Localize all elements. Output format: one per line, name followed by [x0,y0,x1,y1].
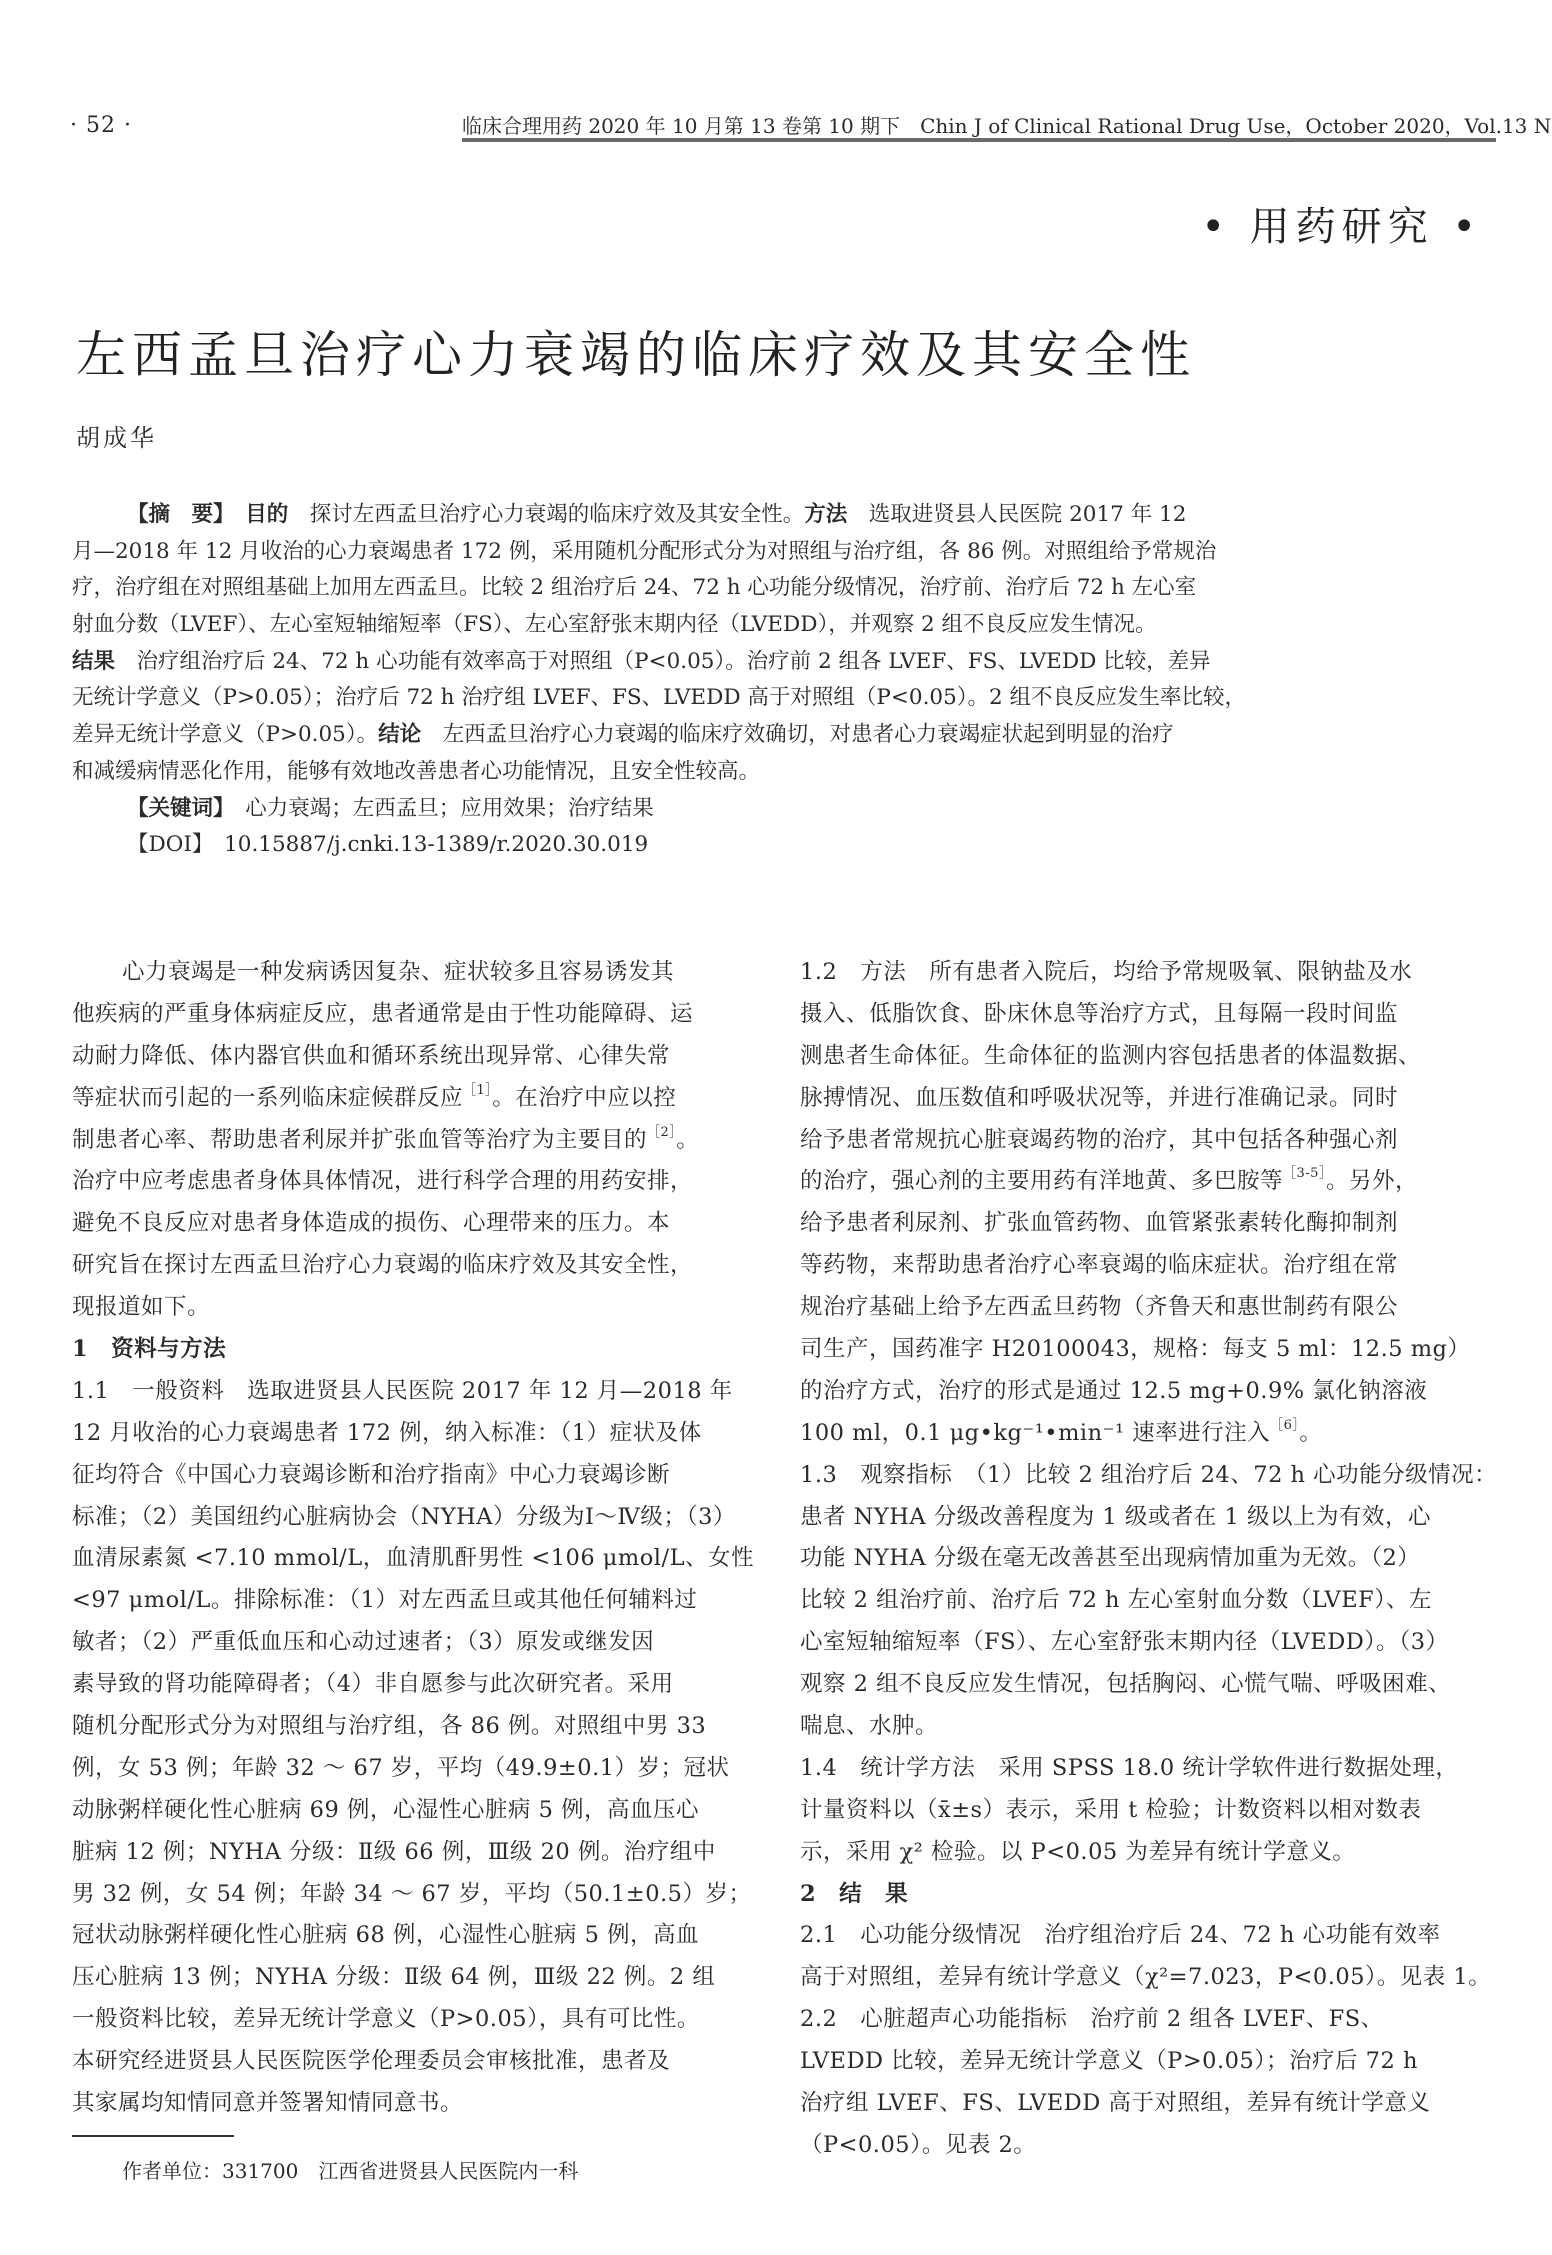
author-affiliation-footnote: 作者单位：331700 江西省进贤县人民医院内一科 [122,2155,578,2184]
body-text: 素导致的肾功能障碍者；（4）非自愿参与此次研究者。采用 [72,1671,674,1697]
body-line: 动耐力降低、体内器官供血和循环系统出现异常、心律失常 [72,1036,782,1078]
abstract-line: 无统计学意义（P>0.05）；治疗后 72 h 治疗组 LVEF、FS、LVED… [72,680,1482,717]
body-text: 观察 2 组不良反应发生情况，包括胸闷、心慌气喘、呼吸困难、 [800,1671,1451,1697]
body-text: 给予患者利尿剂、扩张血管药物、血管紧张素转化酶抑制剂 [800,1210,1398,1236]
body-line: 治疗中应考虑患者身体具体情况，进行科学合理的用药安排， [72,1161,782,1203]
body-text: 患者 NYHA 分级改善程度为 1 级或者在 1 级以上为有效，心 [800,1504,1431,1530]
abstract-text: 射血分数（LVEF）、左心室短轴缩短率（FS）、左心室舒张末期内径（LVEDD）… [72,612,1157,637]
body-line: 一般资料比较，差异无统计学意义（P>0.05），具有可比性。 [72,1999,782,2041]
body-column-left: 心力衰竭是一种发病诱因复杂、症状较多且容易诱发其他疾病的严重身体病症反应，患者通… [72,952,782,2125]
body-line: 1.4 统计学方法 采用 SPSS 18.0 统计学软件进行数据处理， [800,1748,1510,1790]
body-text: 给予患者常规抗心脏衰竭药物的治疗，其中包括各种强心剂 [800,1127,1398,1153]
body-text: 的治疗，强心剂的主要用药有洋地黄、多巴胺等 [800,1168,1283,1194]
header-rule [462,138,1496,142]
body-text: 脉搏情况、血压数值和呼吸状况等，并进行准确记录。同时 [800,1085,1398,1111]
column-tag: • 用药研究 • [1201,195,1482,252]
abstract-text: 选取进贤县人民医院 2017 年 12 [847,502,1186,527]
body-line: 现报道如下。 [72,1287,782,1329]
abstract-text: 和减缓病情恶化作用，能够有效地改善患者心功能情况，且安全性较高。 [72,759,760,784]
page-number: · 52 · [70,113,132,138]
body-text: 动脉粥样硬化性心脏病 69 例，心湿性心脏病 5 例，高血压心 [72,1797,699,1823]
keywords: 【关键词】 心力衰竭；左西孟旦；应用效果；治疗结果 [72,791,1482,828]
body-line: 脉搏情况、血压数值和呼吸状况等，并进行准确记录。同时 [800,1078,1510,1120]
body-line: 的治疗，强心剂的主要用药有洋地黄、多巴胺等［3-5］。另外， [800,1161,1510,1203]
body-line: 患者 NYHA 分级改善程度为 1 级或者在 1 级以上为有效，心 [800,1497,1510,1539]
body-text: <97 μmol/L。排除标准：（1）对左西孟旦或其他任何辅料过 [72,1587,697,1613]
citation-ref: ［3-5］ [1283,1166,1326,1181]
abstract-line: 【摘 要】 目的 探讨左西孟旦治疗心力衰竭的临床疗效及其安全性。方法 选取进贤县… [72,497,1482,534]
abstract-text: 无统计学意义（P>0.05）；治疗后 72 h 治疗组 LVEF、FS、LVED… [72,685,1246,710]
body-line: 给予患者常规抗心脏衰竭药物的治疗，其中包括各种强心剂 [800,1120,1510,1162]
body-line: 比较 2 组治疗前、治疗后 72 h 左心室射血分数（LVEF）、左 [800,1580,1510,1622]
body-line: 标准；（2）美国纽约心脏病协会（NYHA）分级为Ⅰ～Ⅳ级；（3） [72,1497,782,1539]
body-line: 司生产，国药准字 H20100043，规格：每支 5 ml：12.5 mg） [800,1329,1510,1371]
body-text: 治疗组 LVEF、FS、LVEDD 高于对照组，差异有统计学意义 [800,2090,1430,2116]
body-text: 避免不良反应对患者身体造成的损伤、心理带来的压力。本 [72,1210,670,1236]
body-text: 摄入、低脂饮食、卧床休息等治疗方式，且每隔一段时间监 [800,1001,1398,1027]
body-text: 敏者；（2）严重低血压和心动过速者；（3）原发或继发因 [72,1629,654,1655]
abstract: 【摘 要】 目的 探讨左西孟旦治疗心力衰竭的临床疗效及其安全性。方法 选取进贤县… [72,497,1482,864]
body-text: （P<0.05）。见表 2。 [800,2132,1036,2158]
body-line: （P<0.05）。见表 2。 [800,2125,1510,2167]
body-line: 2.2 心脏超声心功能指标 治疗前 2 组各 LVEF、FS、 [800,1999,1510,2041]
body-text: 。另外， [1326,1168,1418,1194]
abstract-text: 治疗组治疗后 24、72 h 心功能有效率高于对照组（P<0.05）。治疗前 2… [115,649,1211,674]
body-text: 其家属均知情同意并签署知情同意书。 [72,2090,463,2116]
abstract-line: 月—2018 年 12 月收治的心力衰竭患者 172 例，采用随机分配形式分为对… [72,534,1482,571]
body-line: 其家属均知情同意并签署知情同意书。 [72,2083,782,2125]
keywords-label: 【关键词】 [127,796,224,821]
abstract-line: 射血分数（LVEF）、左心室短轴缩短率（FS）、左心室舒张末期内径（LVEDD）… [72,607,1482,644]
body-line: 素导致的肾功能障碍者；（4）非自愿参与此次研究者。采用 [72,1664,782,1706]
body-text: 1.3 观察指标 （1）比较 2 组治疗后 24、72 h 心功能分级情况： [800,1462,1497,1488]
results-label: 结果 [72,649,115,674]
body-line: 脏病 12 例；NYHA 分级：Ⅱ级 66 例，Ⅲ级 20 例。治疗组中 [72,1832,782,1874]
body-text: 比较 2 组治疗前、治疗后 72 h 左心室射血分数（LVEF）、左 [800,1587,1432,1613]
body-line: 功能 NYHA 分级在毫无改善甚至出现病情加重为无效。（2） [800,1538,1510,1580]
body-text: 等症状而引起的一系列临床症候群反应 [72,1085,463,1111]
body-text: 测患者生命体征。生命体征的监测内容包括患者的体温数据、 [800,1043,1421,1069]
conclusion-label: 结论 [378,722,421,747]
citation-ref: ［1］ [463,1083,492,1098]
body-text: 冠状动脉粥样硬化性心脏病 68 例，心湿性心脏病 5 例，高血 [72,1922,699,1948]
body-text: 2.1 心功能分级情况 治疗组治疗后 24、72 h 心功能有效率 [800,1922,1441,1948]
body-text: 一般资料比较，差异无统计学意义（P>0.05），具有可比性。 [72,2006,700,2032]
body-text: 治疗中应考虑患者身体具体情况，进行科学合理的用药安排， [72,1168,693,1194]
body-text: 心室短轴缩短率（FS）、左心室舒张末期内径（LVEDD）。（3） [800,1629,1449,1655]
body-text: 1.1 一般资料 选取进贤县人民医院 2017 年 12 月—2018 年 [72,1378,733,1404]
body-text: 高于对照组，差异有统计学意义（χ²=7.023，P<0.05）。见表 1。 [800,1964,1491,1990]
author: 胡成华 [76,418,157,453]
body-text: 1 资料与方法 [72,1336,226,1362]
body-text: 征均符合《中国心力衰竭诊断和治疗指南》中心力衰竭诊断 [72,1462,670,1488]
body-text: 压心脏病 13 例；NYHA 分级：Ⅱ级 64 例，Ⅲ级 22 例。2 组 [72,1964,715,1990]
body-text: 司生产，国药准字 H20100043，规格：每支 5 ml：12.5 mg） [800,1336,1470,1362]
article-title: 左西孟旦治疗心力衰竭的临床疗效及其安全性 [76,315,1196,387]
methods-label: 方法 [804,502,847,527]
body-column-right: 1.2 方法 所有患者入院后，均给予常规吸氧、限钠盐及水摄入、低脂饮食、卧床休息… [800,952,1510,2167]
citation-ref: ［2］ [647,1125,676,1140]
doi-label: 【DOI】 [127,832,203,857]
body-text: 的治疗方式，治疗的形式是通过 12.5 mg+0.9% 氯化钠溶液 [800,1378,1427,1404]
body-text: 100 ml，0.1 μg•kg⁻¹•min⁻¹ 速率进行注入 [800,1420,1270,1446]
body-line: 随机分配形式分为对照组与治疗组，各 86 例。对照组中男 33 [72,1706,782,1748]
body-line: 征均符合《中国心力衰竭诊断和治疗指南》中心力衰竭诊断 [72,1455,782,1497]
body-line: 测患者生命体征。生命体征的监测内容包括患者的体温数据、 [800,1036,1510,1078]
body-line: 100 ml，0.1 μg•kg⁻¹•min⁻¹ 速率进行注入［6］。 [800,1413,1510,1455]
body-line: 12 月收治的心力衰竭患者 172 例，纳入标准：（1）症状及体 [72,1413,782,1455]
abstract-text: 差异无统计学意义（P>0.05）。 [72,722,378,747]
body-line: 高于对照组，差异有统计学意义（χ²=7.023，P<0.05）。见表 1。 [800,1957,1510,1999]
abstract-line: 差异无统计学意义（P>0.05）。结论 左西孟旦治疗心力衰竭的临床疗效确切，对患… [72,717,1482,754]
body-line: 等症状而引起的一系列临床症候群反应［1］。在治疗中应以控 [72,1078,782,1120]
body-text: 心力衰竭是一种发病诱因复杂、症状较多且容易诱发其 [122,959,674,985]
body-line: 敏者；（2）严重低血压和心动过速者；（3）原发或继发因 [72,1622,782,1664]
body-text: 随机分配形式分为对照组与治疗组，各 86 例。对照组中男 33 [72,1713,706,1739]
body-line: 压心脏病 13 例；NYHA 分级：Ⅱ级 64 例，Ⅲ级 22 例。2 组 [72,1957,782,1999]
body-text: 男 32 例，女 54 例；年龄 34 ～ 67 岁，平均（50.1±0.5）岁… [72,1881,751,1907]
body-line: 等药物，来帮助患者治疗心率衰竭的临床症状。治疗组在常 [800,1245,1510,1287]
body-line: 例，女 53 例；年龄 32 ～ 67 岁，平均（49.9±0.1）岁；冠状 [72,1748,782,1790]
doi-value: 10.15887/j.cnki.13-1389/r.2020.30.019 [203,832,649,857]
body-text: 功能 NYHA 分级在毫无改善甚至出现病情加重为无效。（2） [800,1545,1420,1571]
running-head: 临床合理用药 2020 年 10 月第 13 卷第 10 期下 Chin J o… [462,110,1478,139]
body-line: 男 32 例，女 54 例；年龄 34 ～ 67 岁，平均（50.1±0.5）岁… [72,1874,782,1916]
body-line: 血清尿素氮 <7.10 mmol/L，血清肌酐男性 <106 μmol/L、女性 [72,1538,782,1580]
keywords-text: 心力衰竭；左西孟旦；应用效果；治疗结果 [224,796,654,821]
body-line: LVEDD 比较，差异无统计学意义（P>0.05）；治疗后 72 h [800,2041,1510,2083]
body-text: 制患者心率、帮助患者利尿并扩张血管等治疗为主要目的 [72,1127,647,1153]
abstract-text: 月—2018 年 12 月收治的心力衰竭患者 172 例，采用随机分配形式分为对… [72,539,1216,564]
body-line: 的治疗方式，治疗的形式是通过 12.5 mg+0.9% 氯化钠溶液 [800,1371,1510,1413]
abstract-text: 疗，治疗组在对照组基础上加用左西孟旦。比较 2 组治疗后 24、72 h 心功能… [72,575,1196,600]
abstract-line: 和减缓病情恶化作用，能够有效地改善患者心功能情况，且安全性较高。 [72,754,1482,791]
abstract-line: 疗，治疗组在对照组基础上加用左西孟旦。比较 2 组治疗后 24、72 h 心功能… [72,570,1482,607]
body-text: 1.4 统计学方法 采用 SPSS 18.0 统计学软件进行数据处理， [800,1755,1458,1781]
body-text: 现报道如下。 [72,1294,210,1320]
body-text: 1.2 方法 所有患者入院后，均给予常规吸氧、限钠盐及水 [800,959,1412,985]
body-text: 本研究经进贤县人民医院医学伦理委员会审核批准，患者及 [72,2048,670,2074]
body-line: 冠状动脉粥样硬化性心脏病 68 例，心湿性心脏病 5 例，高血 [72,1915,782,1957]
body-text: 标准；（2）美国纽约心脏病协会（NYHA）分级为Ⅰ～Ⅳ级；（3） [72,1504,736,1530]
body-line: 摄入、低脂饮食、卧床休息等治疗方式，且每隔一段时间监 [800,994,1510,1036]
body-line: 1.1 一般资料 选取进贤县人民医院 2017 年 12 月—2018 年 [72,1371,782,1413]
body-text: 喘息、水肿。 [800,1713,938,1739]
section-heading: 1 资料与方法 [72,1329,782,1371]
abstract-label: 【摘 要】 目的 [127,502,288,527]
body-text: 2.2 心脏超声心功能指标 治疗前 2 组各 LVEF、FS、 [800,2006,1384,2032]
body-text: 示，采用 χ² 检验。以 P<0.05 为差异有统计学意义。 [800,1839,1355,1865]
abstract-text: 左西孟旦治疗心力衰竭的临床疗效确切，对患者心力衰竭症状起到明显的治疗 [421,722,1174,747]
body-text: 动耐力降低、体内器官供血和循环系统出现异常、心律失常 [72,1043,670,1069]
body-text: 。 [676,1127,699,1153]
section-heading: 2 结 果 [800,1874,1510,1916]
body-text: 血清尿素氮 <7.10 mmol/L，血清肌酐男性 <106 μmol/L、女性 [72,1545,754,1571]
body-line: 心室短轴缩短率（FS）、左心室舒张末期内径（LVEDD）。（3） [800,1622,1510,1664]
body-line: 喘息、水肿。 [800,1706,1510,1748]
footnote-rule [72,2135,234,2137]
body-text: 。 [1299,1420,1322,1446]
body-line: 治疗组 LVEF、FS、LVEDD 高于对照组，差异有统计学意义 [800,2083,1510,2125]
body-line: <97 μmol/L。排除标准：（1）对左西孟旦或其他任何辅料过 [72,1580,782,1622]
body-text: 2 结 果 [800,1881,908,1907]
body-text: 脏病 12 例；NYHA 分级：Ⅱ级 66 例，Ⅲ级 20 例。治疗组中 [72,1839,716,1865]
body-line: 1.3 观察指标 （1）比较 2 组治疗后 24、72 h 心功能分级情况： [800,1455,1510,1497]
body-text: 计量资料以（x̄±s）表示，采用 t 检验；计数资料以相对数表 [800,1797,1421,1823]
body-line: 观察 2 组不良反应发生情况，包括胸闷、心慌气喘、呼吸困难、 [800,1664,1510,1706]
body-text: 12 月收治的心力衰竭患者 172 例，纳入标准：（1）症状及体 [72,1420,702,1446]
body-text: 研究旨在探讨左西孟旦治疗心力衰竭的临床疗效及其安全性， [72,1252,693,1278]
body-text: 。在治疗中应以控 [492,1085,676,1111]
doi: 【DOI】 10.15887/j.cnki.13-1389/r.2020.30.… [72,827,1482,864]
body-line: 避免不良反应对患者身体造成的损伤、心理带来的压力。本 [72,1203,782,1245]
body-line: 动脉粥样硬化性心脏病 69 例，心湿性心脏病 5 例，高血压心 [72,1790,782,1832]
body-text: 等药物，来帮助患者治疗心率衰竭的临床症状。治疗组在常 [800,1252,1398,1278]
body-line: 规治疗基础上给予左西孟旦药物（齐鲁天和惠世制药有限公 [800,1287,1510,1329]
body-line: 制患者心率、帮助患者利尿并扩张血管等治疗为主要目的［2］。 [72,1120,782,1162]
body-text: LVEDD 比较，差异无统计学意义（P>0.05）；治疗后 72 h [800,2048,1418,2074]
body-line: 计量资料以（x̄±s）表示，采用 t 检验；计数资料以相对数表 [800,1790,1510,1832]
body-line: 心力衰竭是一种发病诱因复杂、症状较多且容易诱发其 [72,952,782,994]
body-line: 示，采用 χ² 检验。以 P<0.05 为差异有统计学意义。 [800,1832,1510,1874]
body-text: 他疾病的严重身体病症反应，患者通常是由于性功能障碍、运 [72,1001,693,1027]
body-text: 规治疗基础上给予左西孟旦药物（齐鲁天和惠世制药有限公 [800,1294,1398,1320]
abstract-line: 结果 治疗组治疗后 24、72 h 心功能有效率高于对照组（P<0.05）。治疗… [72,644,1482,681]
body-line: 1.2 方法 所有患者入院后，均给予常规吸氧、限钠盐及水 [800,952,1510,994]
body-text: 例，女 53 例；年龄 32 ～ 67 岁，平均（49.9±0.1）岁；冠状 [72,1755,730,1781]
body-line: 他疾病的严重身体病症反应，患者通常是由于性功能障碍、运 [72,994,782,1036]
body-line: 研究旨在探讨左西孟旦治疗心力衰竭的临床疗效及其安全性， [72,1245,782,1287]
abstract-text: 探讨左西孟旦治疗心力衰竭的临床疗效及其安全性。 [288,502,804,527]
body-line: 本研究经进贤县人民医院医学伦理委员会审核批准，患者及 [72,2041,782,2083]
citation-ref: ［6］ [1270,1418,1299,1433]
body-line: 给予患者利尿剂、扩张血管药物、血管紧张素转化酶抑制剂 [800,1203,1510,1245]
body-line: 2.1 心功能分级情况 治疗组治疗后 24、72 h 心功能有效率 [800,1915,1510,1957]
